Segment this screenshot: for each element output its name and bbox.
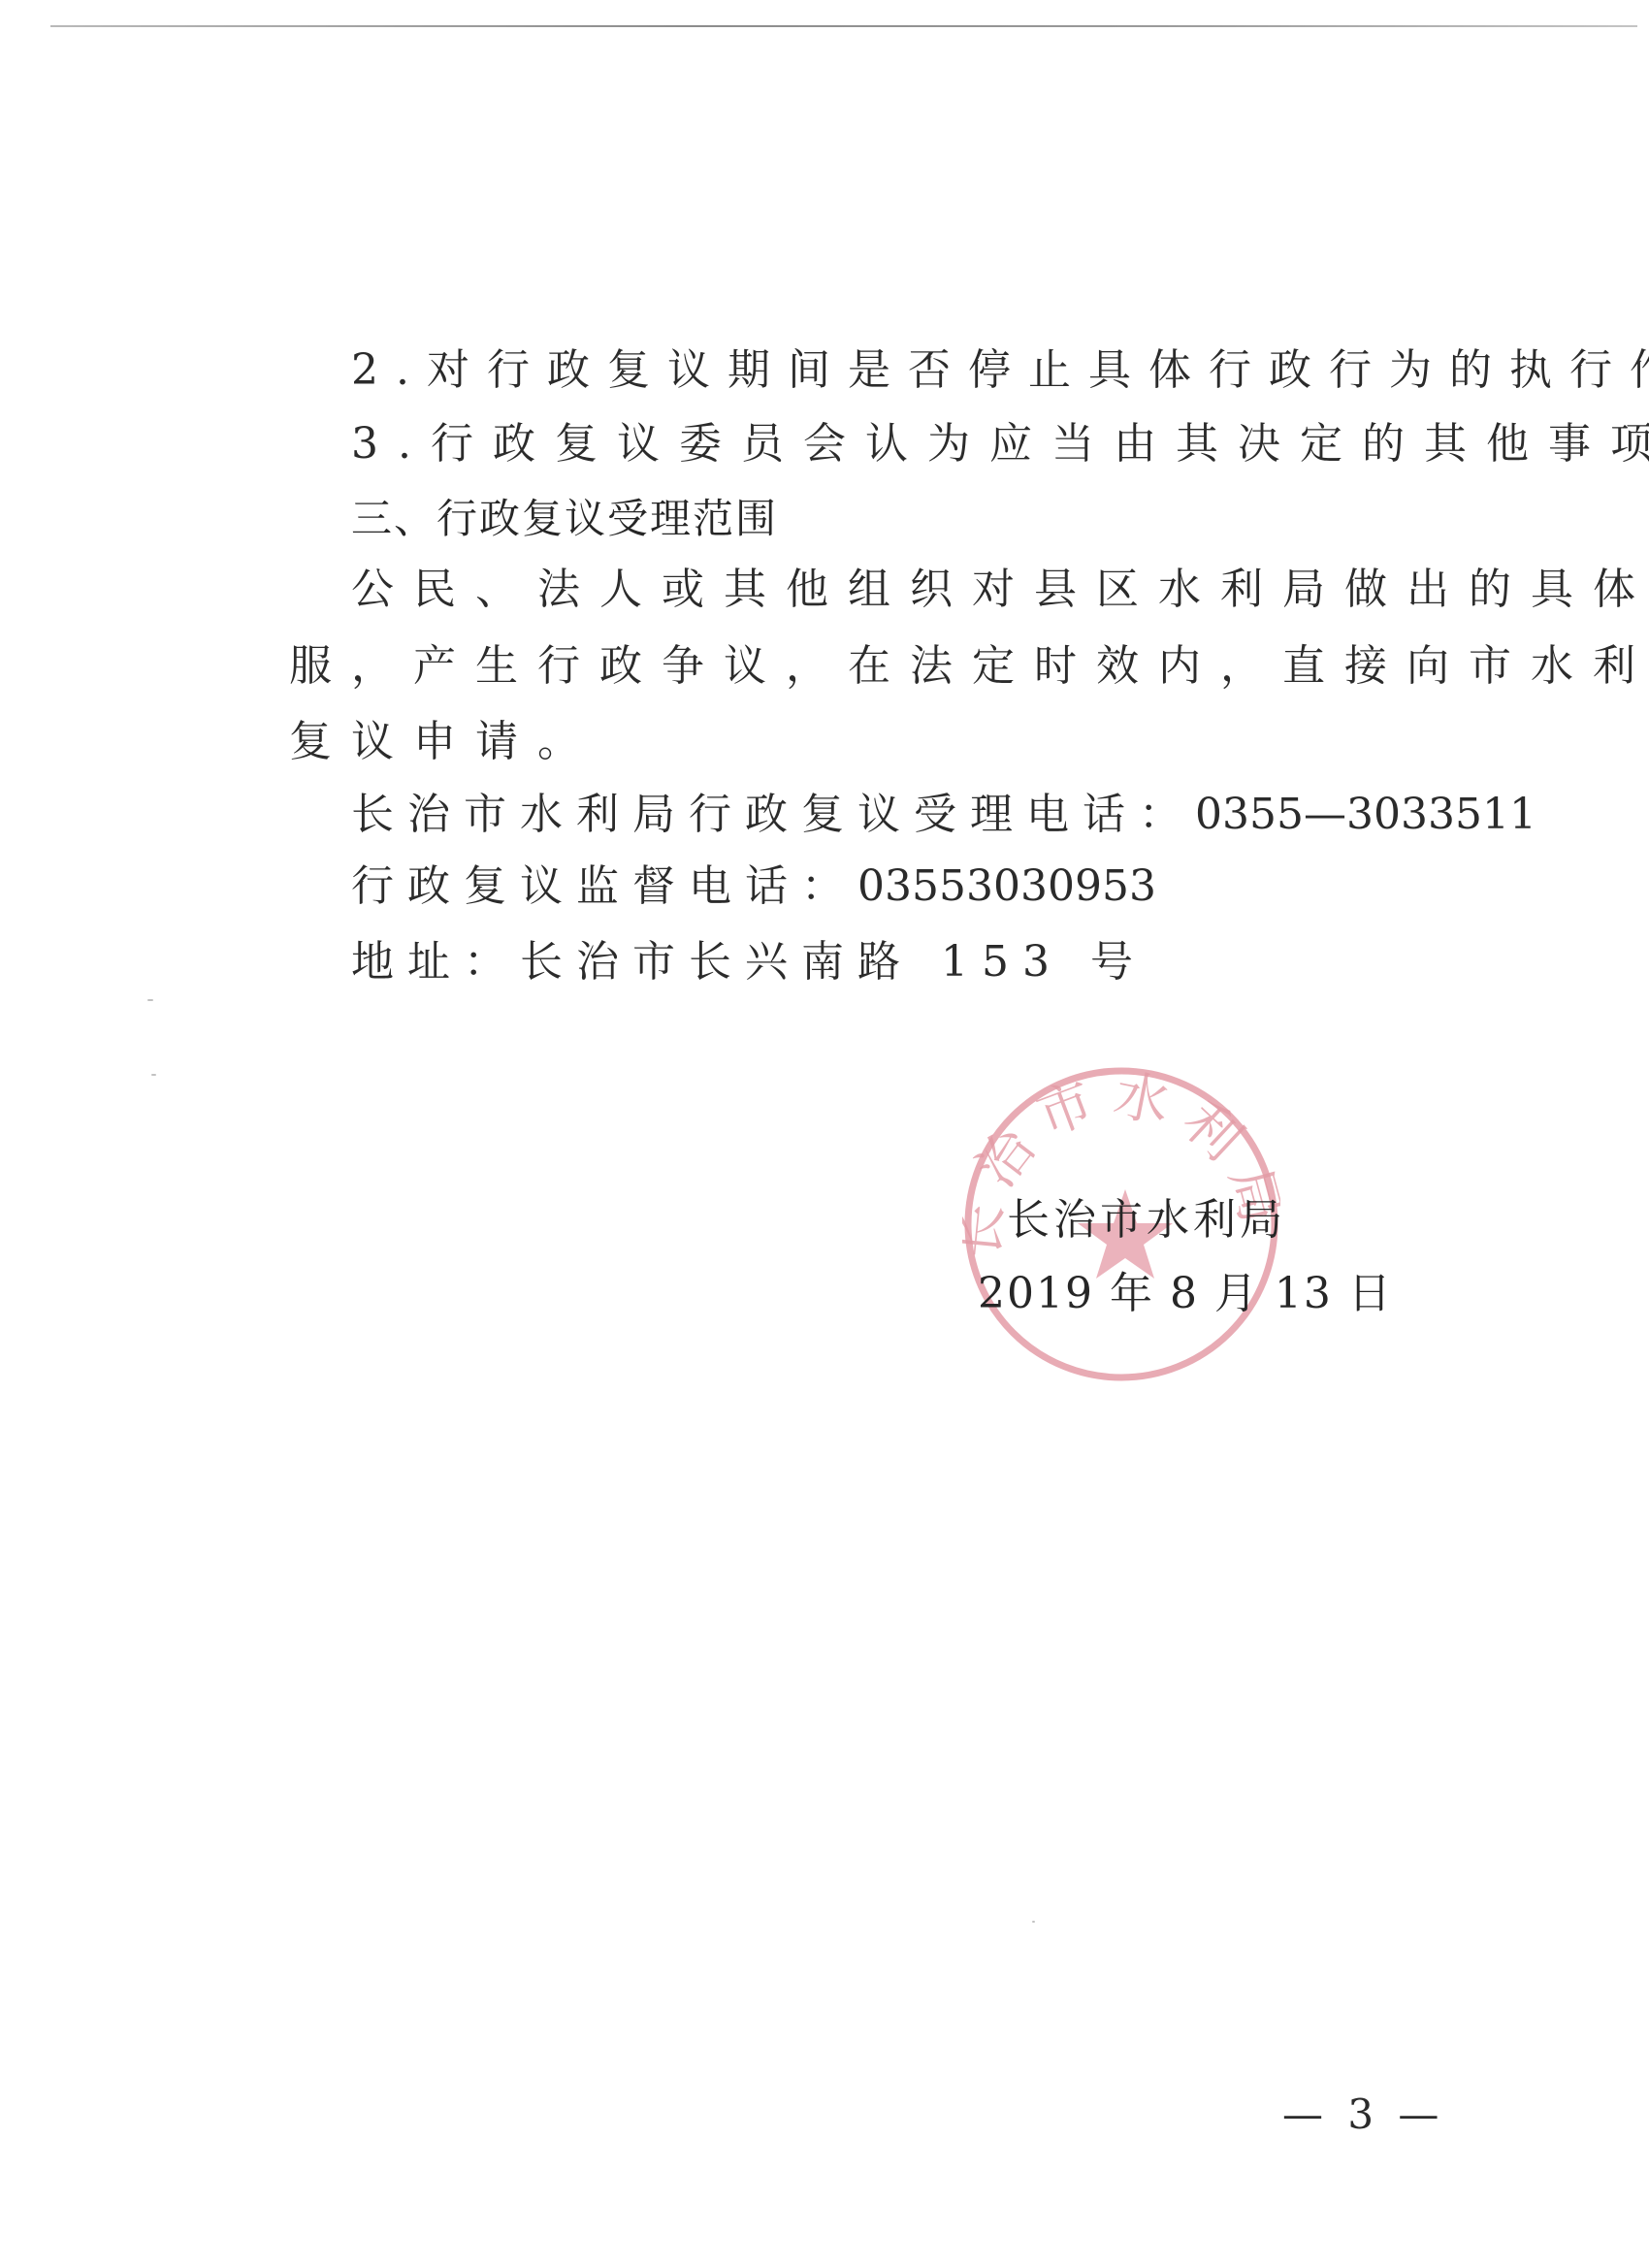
item-3-text: 3.行政复议委员会认为应当由其决定的其他事项。 [351,415,1649,473]
address-value: 长治市长兴南路 153 号 [520,937,1147,987]
paragraph-line-3: 复议申请。 [289,713,599,771]
supervision-phone-value: 03553030953 [857,861,1156,911]
supervision-phone-label: 行政复议监督电话： [351,861,857,911]
acceptance-phone-line: 长治市水利局行政复议受理电话：0355—3033511 [351,786,1536,844]
signature-date: 2019 年 8 月 13 日 [978,1265,1393,1323]
signature-organization: 长治市水利局 [1007,1191,1286,1249]
item-2-text: 2.对行政复议期间是否停止具体行政行为的执行作出决定; [351,341,1649,400]
acceptance-phone-label: 长治市水利局行政复议受理电话： [351,790,1195,839]
acceptance-phone-value: 0355—3033511 [1195,790,1536,839]
scan-speck [147,999,153,1001]
supervision-phone-line: 行政复议监督电话：03553030953 [351,858,1156,916]
page-number: — 3 — [1282,2088,1444,2142]
section-heading: 三、行政复议受理范围 [351,490,778,548]
scan-speck [151,1074,156,1076]
paragraph-line-2: 服，产生行政争议，在法定时效内，直接向市水利局提出的行政 [289,637,1649,696]
address-label: 地址： [351,937,520,987]
scan-speck [1032,1921,1035,1923]
paragraph-line-1: 公民、法人或其他组织对县区水利局做出的具体行政行为不 [351,561,1649,619]
header-rule [50,25,1637,27]
address-line: 地址：长治市长兴南路 153 号 [351,933,1147,991]
